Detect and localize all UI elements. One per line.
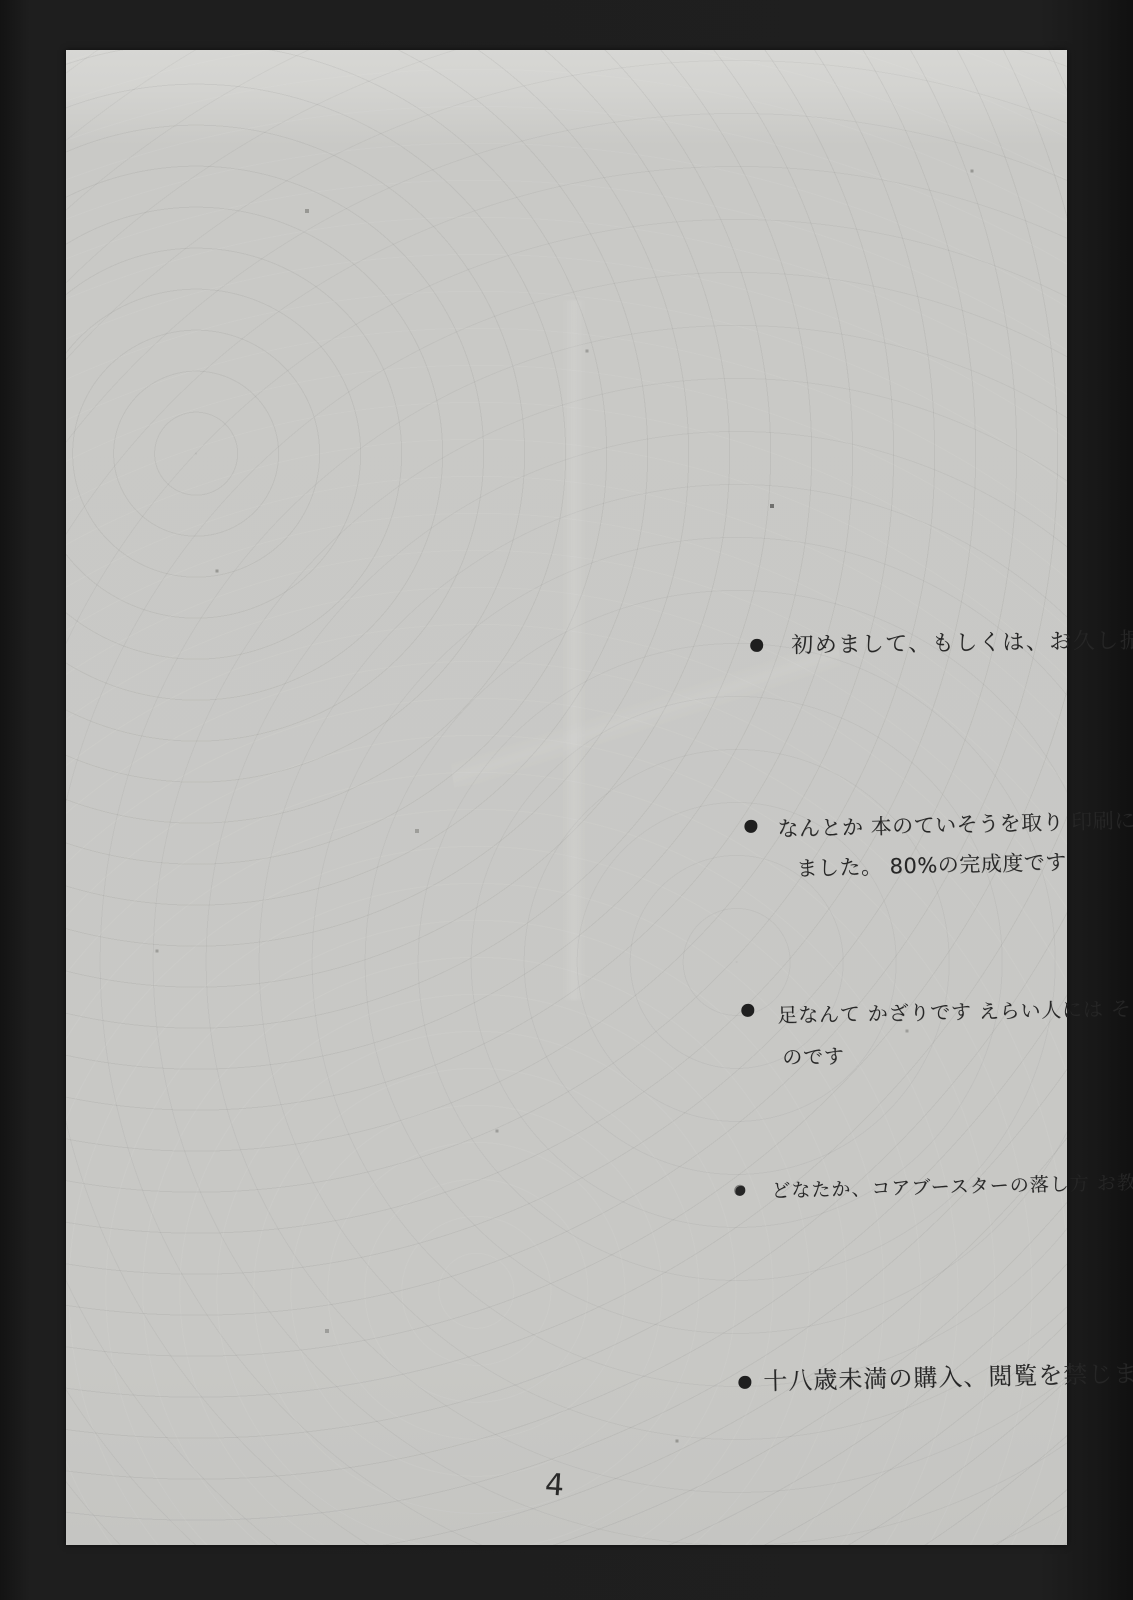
paper-crease [442, 643, 851, 788]
note-line: 十八歳未満の購入、閲覧を禁じます [763, 1355, 1133, 1399]
scanned-page: 初めまして、もしくは、お久し振りです なんとか 本のていそうを取り 印刷に間に合… [66, 50, 1067, 1545]
paper-specks [66, 50, 68, 52]
note-item: なんとか 本のていそうを取り 印刷に間に合わせ ました。 80%の完成度です [744, 798, 1133, 890]
paper-crease [561, 300, 587, 1000]
bullet-dot-icon [738, 1376, 751, 1389]
note-line: 足なんて かざりです えらい人には それが わからん [777, 985, 1133, 1036]
note-item: 初めまして、もしくは、お久し振りです [750, 624, 1133, 664]
bullet-dot-icon [744, 820, 757, 833]
note-line: 初めまして、もしくは、お久し振りです [791, 624, 1133, 664]
page-number: 4 [544, 1467, 565, 1503]
note-line: のです [782, 1027, 1133, 1078]
bullet-dot-icon [734, 1185, 745, 1196]
bullet-dot-icon [741, 1004, 754, 1017]
note-item: 足なんて かざりです えらい人には それが わからん のです [741, 985, 1133, 1079]
bullet-dot-icon [750, 639, 763, 652]
